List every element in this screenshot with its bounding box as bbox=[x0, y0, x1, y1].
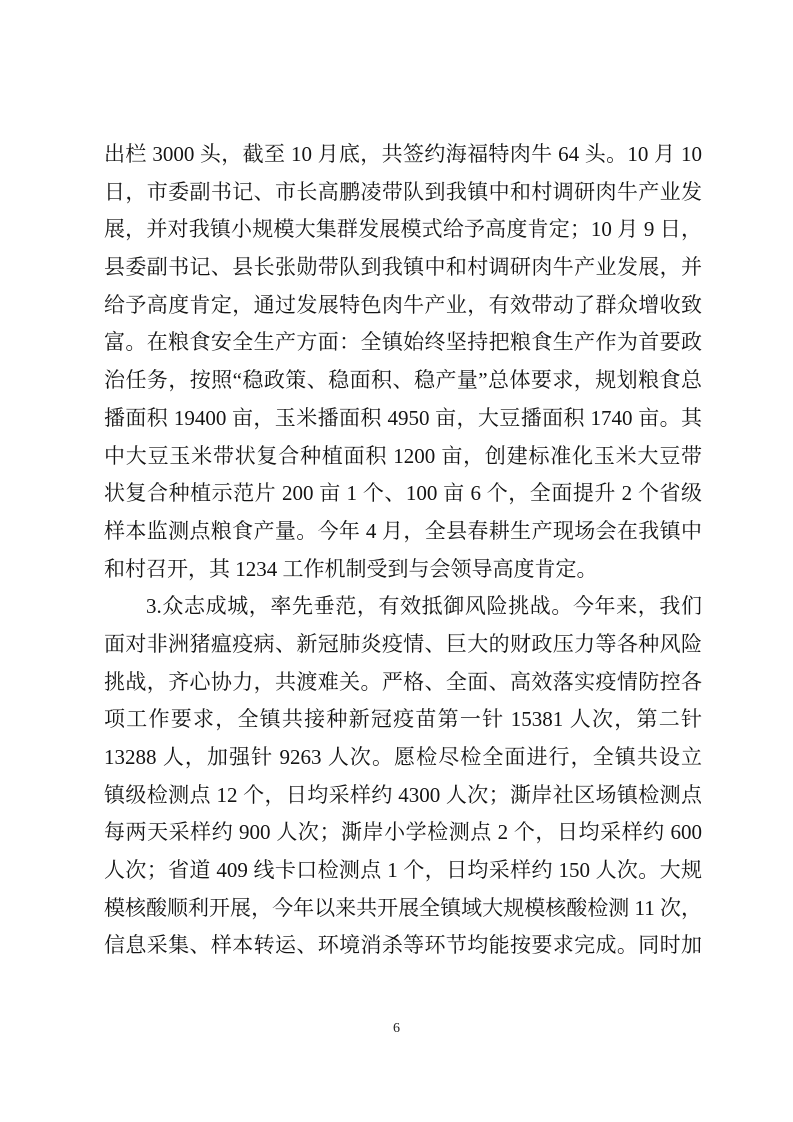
document-page: 出栏 3000 头，截至 10 月底，共签约海福特肉牛 64 头。10 月 10… bbox=[0, 0, 793, 1122]
text-line: 挑战，齐心协力，共渡难关。严格、全面、高效落实疫情防控各 bbox=[104, 664, 702, 702]
text-line: 镇级检测点 12 个，日均采样约 4300 人次；澌岸社区场镇检测点 bbox=[104, 777, 702, 815]
text-line: 每两天采样约 900 人次；澌岸小学检测点 2 个，日均采样约 600 bbox=[104, 814, 702, 852]
text-line: 模核酸顺利开展，今年以来共开展全镇域大规模核酸检测 11 次， bbox=[104, 890, 702, 928]
text-line: 给予高度肯定，通过发展特色肉牛产业，有效带动了群众增收致 bbox=[104, 287, 702, 325]
text-line: 富。在粮食安全生产方面：全镇始终坚持把粮食生产作为首要政 bbox=[104, 324, 702, 362]
text-line: 中大豆玉米带状复合种植面积 1200 亩，创建标准化玉米大豆带 bbox=[104, 438, 702, 476]
paragraph-continued: 出栏 3000 头，截至 10 月底，共签约海福特肉牛 64 头。10 月 10… bbox=[104, 136, 702, 588]
text-line: 治任务，按照“稳政策、稳面积、稳产量”总体要求，规划粮食总 bbox=[104, 362, 702, 400]
text-line: 出栏 3000 头，截至 10 月底，共签约海福特肉牛 64 头。10 月 10 bbox=[104, 136, 702, 174]
text-line: 县委副书记、县长张勋带队到我镇中和村调研肉牛产业发展，并 bbox=[104, 249, 702, 287]
text-line: 样本监测点粮食产量。今年 4 月，全县春耕生产现场会在我镇中 bbox=[104, 513, 702, 551]
text-line: 播面积 19400 亩，玉米播面积 4950 亩，大豆播面积 1740 亩。其 bbox=[104, 400, 702, 438]
page-number: 6 bbox=[0, 1021, 793, 1037]
text-line: 日，市委副书记、市长高鹏凌带队到我镇中和村调研肉牛产业发 bbox=[104, 174, 702, 212]
text-line-paragraph-end: 和村召开，其 1234 工作机制受到与会领导高度肯定。 bbox=[104, 551, 702, 589]
text-line: 人次；省道 409 线卡口检测点 1 个，日均采样约 150 人次。大规 bbox=[104, 852, 702, 890]
text-line: 13288 人，加强针 9263 人次。愿检尽检全面进行，全镇共设立 bbox=[104, 739, 702, 777]
text-line: 面对非洲猪瘟疫病、新冠肺炎疫情、巨大的财政压力等各种风险 bbox=[104, 626, 702, 664]
text-line: 项工作要求，全镇共接种新冠疫苗第一针 15381 人次，第二针 bbox=[104, 701, 702, 739]
body-text: 出栏 3000 头，截至 10 月底，共签约海福特肉牛 64 头。10 月 10… bbox=[104, 136, 702, 965]
paragraph-item3: 3.众志成城，率先垂范，有效抵御风险挑战。今年来，我们 面对非洲猪瘟疫病、新冠肺… bbox=[104, 588, 702, 965]
text-line: 信息采集、样本转运、环境消杀等环节均能按要求完成。同时加 bbox=[104, 927, 702, 965]
text-line: 展，并对我镇小规模大集群发展模式给予高度肯定；10 月 9 日， bbox=[104, 211, 702, 249]
text-line: 状复合种植示范片 200 亩 1 个、100 亩 6 个，全面提升 2 个省级 bbox=[104, 475, 702, 513]
text-line-indented: 3.众志成城，率先垂范，有效抵御风险挑战。今年来，我们 bbox=[104, 588, 702, 626]
